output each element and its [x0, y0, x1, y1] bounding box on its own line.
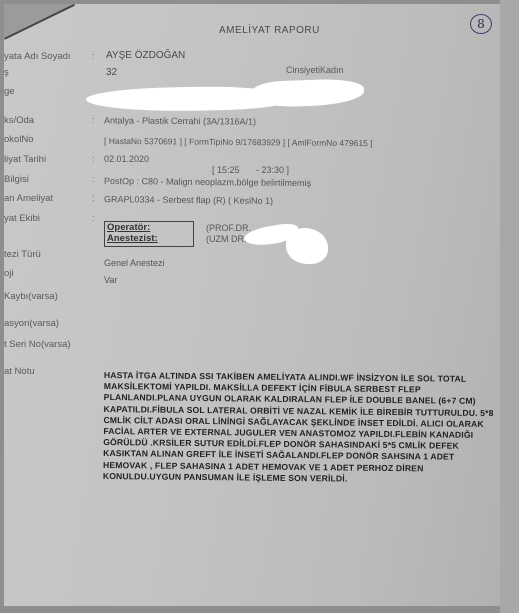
label-implant-serial: t Seri No(varsa): [4, 339, 71, 350]
patient-name: AYŞE ÖZDOĞAN: [106, 50, 185, 61]
protocol-no-value: [ HastaNo 5370691 ] [ FormTipiNo 9/17683…: [104, 136, 373, 148]
pathology-value: Var: [104, 275, 117, 285]
colon: :: [92, 51, 95, 61]
label-pathology: oji: [4, 268, 14, 279]
performed-surgery-value: GRAPL0334 - Serbest flap (R) ( KesiNo 1): [104, 194, 273, 206]
label-surgery-team: yat Ekibi: [4, 213, 40, 224]
anesthetist-value: (UZM DR.: [206, 234, 247, 244]
operator-value: (PROF.DR.: [206, 223, 251, 233]
label-age: ş: [4, 67, 9, 78]
label-surgery-date: liyat Tarihi: [4, 154, 46, 165]
page-number-circle: 8: [470, 14, 492, 34]
label-ward-room: ks/Oda: [4, 115, 34, 126]
label-blood-loss: Kaybı(varsa): [4, 291, 58, 302]
surgery-team-box: Operatör: Anestezist:: [104, 221, 194, 247]
label-ge: ge: [4, 86, 15, 97]
colon: :: [92, 154, 95, 164]
patient-age: 32: [106, 67, 117, 78]
label-protocol-no: okolNo: [4, 134, 34, 145]
label-performed-surgery: an Ameliyat: [4, 193, 53, 204]
surgery-notes-text: HASTA İTGA ALTINDA SSI TAKİBEN AMELİYATA…: [103, 370, 500, 486]
surgery-end-time: - 23:30 ]: [256, 165, 289, 175]
colon: :: [92, 213, 95, 223]
operator-label: Operatör:: [105, 222, 193, 233]
surgery-date-value: 02.01.2020: [104, 154, 149, 164]
label-complication: asyon(varsa): [4, 318, 59, 329]
colon: :: [92, 115, 95, 125]
colon: :: [92, 193, 95, 203]
surgery-start-time: [ 15:25: [212, 165, 240, 175]
redaction-mark: [286, 228, 328, 264]
diagnosis-value: PostOp : C80 - Malign neoplazm,bölge bel…: [104, 176, 311, 188]
anesthetist-label: Anestezist:: [105, 233, 193, 244]
anesthesia-type-value: Genel Anestezi: [104, 258, 165, 268]
label-surgery-notes: at Notu: [4, 366, 35, 377]
colon: :: [92, 174, 95, 184]
redaction-mark: [254, 78, 365, 108]
label-diagnosis: Bilgisi: [4, 174, 29, 185]
document-title: AMELİYAT RAPORU: [219, 25, 320, 36]
ward-room-value: Antalya - Plastik Cerrahi (3A/1316A/1): [104, 115, 256, 126]
report-paper: AMELİYAT RAPORU 8 yata Adı Soyadı ş ge k…: [4, 4, 500, 606]
background-edge: [500, 0, 519, 613]
gender-label: Cinsiyeti: [286, 65, 320, 75]
gender-value: Kadın: [320, 65, 344, 75]
label-patient-name: yata Adı Soyadı: [4, 51, 71, 62]
label-anesthesia-type: tezi Türü: [4, 249, 41, 260]
